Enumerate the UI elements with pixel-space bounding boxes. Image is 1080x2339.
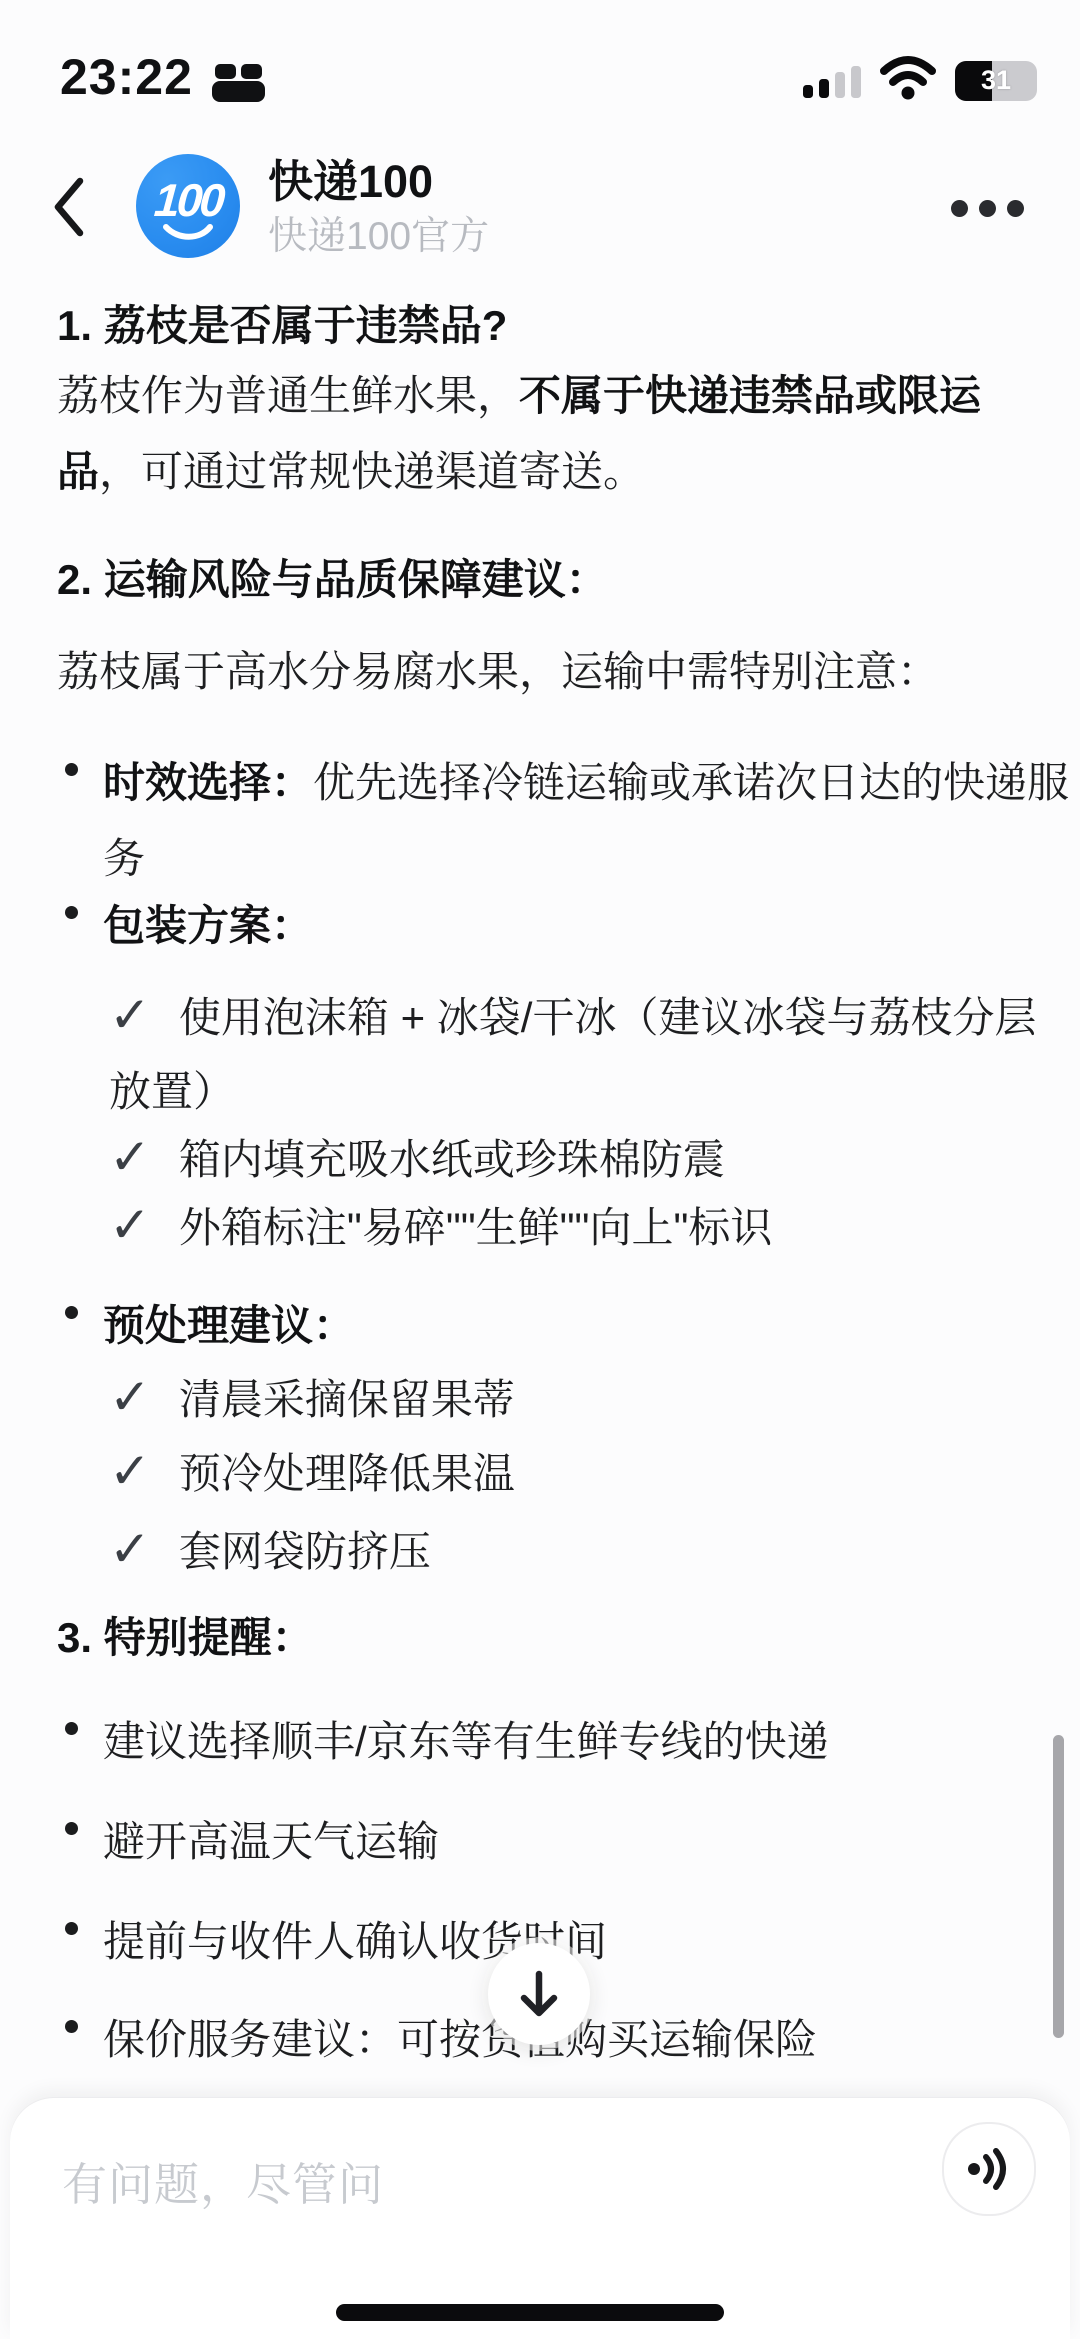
composer: 有问题，尽管问 xyxy=(10,2098,1070,2339)
cellular-signal-icon xyxy=(803,64,861,98)
section-3-heading: 3. 特别提醒： xyxy=(57,1612,1025,1664)
check-item: ✓箱内填充吸水纸或珍珠棉防震 xyxy=(57,1120,1077,1197)
status-bar: 23:22 31 xyxy=(0,0,1080,112)
bullet-dot xyxy=(65,763,78,776)
bullet-dot xyxy=(65,2020,78,2033)
check-icon: ✓ xyxy=(109,1443,151,1499)
bullet-label: 包装方案： xyxy=(103,902,313,949)
check-icon: ✓ xyxy=(109,1129,151,1185)
bullet-item: 建议选择顺丰/京东等有生鲜专线的快递 xyxy=(57,1704,1071,1780)
check-text: 外箱标注"易碎""生鲜""向上"标识 xyxy=(179,1204,772,1251)
more-menu-icon[interactable] xyxy=(951,200,1024,217)
avatar[interactable]: 100 xyxy=(136,154,240,258)
check-text: 清晨采摘保留果蒂 xyxy=(179,1376,515,1423)
check-item: ✓外箱标注"易碎""生鲜""向上"标识 xyxy=(57,1188,1077,1265)
bullet-label: 时效选择： xyxy=(103,759,313,806)
text-run: 荔枝作为普通生鲜水果， xyxy=(57,372,519,419)
avatar-logo-text: 100 xyxy=(153,173,225,227)
bullet-item-packaging: 包装方案： xyxy=(57,888,1071,964)
bullet-dot xyxy=(65,1922,78,1935)
voice-wave-icon xyxy=(966,2148,1012,2190)
chat-header: 100 快递100 快递100官方 xyxy=(0,118,1080,268)
scrollbar-thumb[interactable] xyxy=(1053,1735,1064,2038)
check-item: ✓预冷处理降低果温 xyxy=(57,1434,1077,1511)
section-1-paragraph: 荔枝作为普通生鲜水果，不属于快递违禁品或限运品，可通过常规快递渠道寄送。 xyxy=(57,358,1025,510)
section-2-paragraph: 荔枝属于高水分易腐水果，运输中需特别注意： xyxy=(57,634,1025,710)
arrow-down-icon xyxy=(517,1969,561,2019)
check-text: 预冷处理降低果温 xyxy=(179,1450,515,1497)
bullet-dot xyxy=(65,1722,78,1735)
battery-percent: 31 xyxy=(955,61,1037,101)
check-item: ✓套网袋防挤压 xyxy=(57,1512,1077,1589)
bullet-text: 避开高温天气运输 xyxy=(103,1818,439,1865)
message-input[interactable]: 有问题，尽管问 xyxy=(62,2148,384,2213)
bullet-text: 保价服务建议：可按货值购买运输保险 xyxy=(103,2016,817,2063)
check-icon: ✓ xyxy=(109,1521,151,1577)
bullet-item: 避开高温天气运输 xyxy=(57,1804,1071,1880)
check-text: 使用泡沫箱 + 冰袋/干冰（建议冰袋与荔枝分层放置） xyxy=(109,994,1036,1115)
section-2-heading: 2. 运输风险与品质保障建议： xyxy=(57,554,1025,606)
text-run: ，可通过常规快递渠道寄送。 xyxy=(99,448,645,495)
battery-indicator: 31 xyxy=(955,61,1028,101)
check-item: ✓使用泡沫箱 + 冰袋/干冰（建议冰袋与荔枝分层放置） xyxy=(57,978,1077,1129)
bullet-dot xyxy=(65,1306,78,1319)
section-1-heading: 1. 荔枝是否属于违禁品? xyxy=(57,300,1025,352)
back-icon[interactable] xyxy=(52,176,86,243)
bullet-label: 预处理建议： xyxy=(103,1302,355,1349)
check-icon: ✓ xyxy=(109,987,151,1043)
home-indicator[interactable] xyxy=(336,2304,724,2321)
clock: 23:22 xyxy=(60,48,193,106)
check-text: 套网袋防挤压 xyxy=(179,1528,431,1575)
check-item: ✓清晨采摘保留果蒂 xyxy=(57,1360,1077,1437)
bullet-item-pretreat: 预处理建议： xyxy=(57,1288,1071,1364)
bullet-item-timing: 时效选择：优先选择冷链运输或承诺次日达的快递服务 xyxy=(57,745,1071,897)
bullet-text: 建议选择顺丰/京东等有生鲜专线的快递 xyxy=(103,1718,829,1765)
chat-screen: 23:22 31 xyxy=(0,0,1080,2339)
bedtime-mode-icon xyxy=(212,58,268,109)
check-text: 箱内填充吸水纸或珍珠棉防震 xyxy=(179,1136,725,1183)
wifi-icon xyxy=(879,56,937,105)
check-icon: ✓ xyxy=(109,1369,151,1425)
bullet-dot xyxy=(65,906,78,919)
chat-subtitle: 快递100官方 xyxy=(268,214,489,260)
voice-input-button[interactable] xyxy=(942,2122,1036,2216)
smile-arc xyxy=(162,224,214,242)
chat-title: 快递100 xyxy=(268,156,489,208)
scroll-to-bottom-button[interactable] xyxy=(488,1943,590,2045)
bullet-dot xyxy=(65,1822,78,1835)
check-icon: ✓ xyxy=(109,1197,151,1253)
